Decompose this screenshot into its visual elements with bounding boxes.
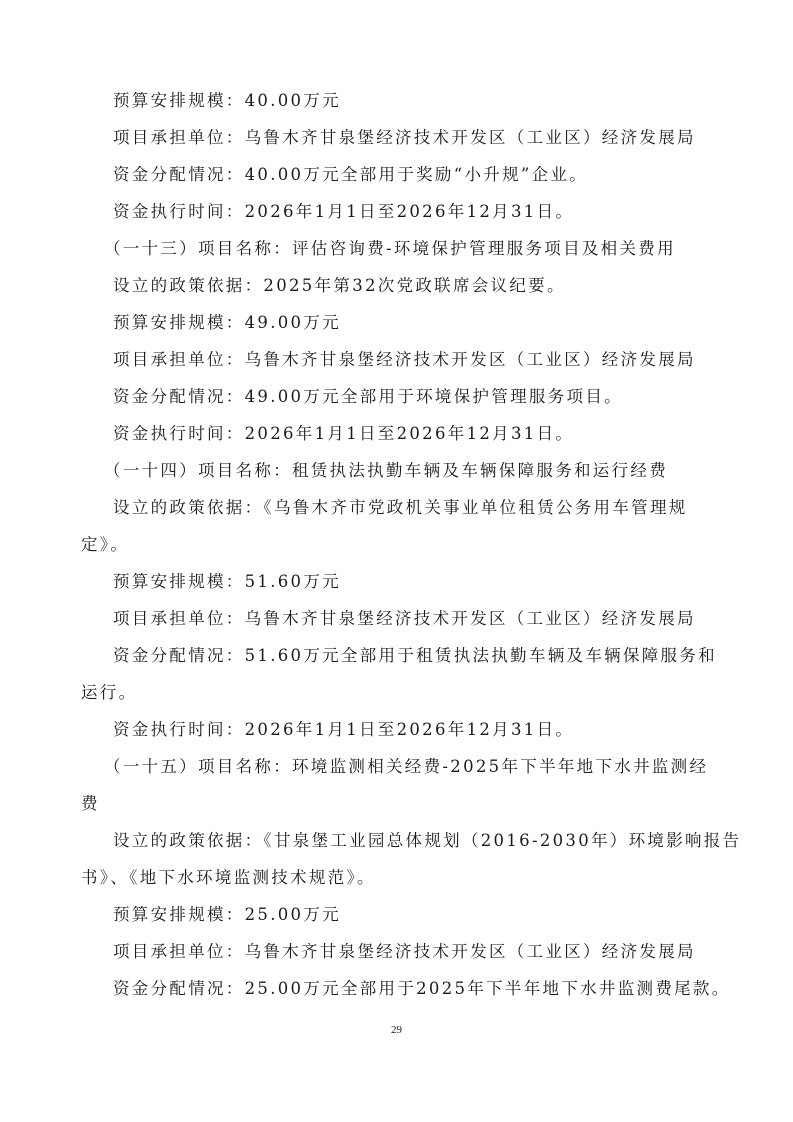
policy-basis-continuation: 定》。 [0,535,793,555]
budget-scale-line: 预算安排规模：25.00万元 [0,905,793,925]
section-heading-14: （一十四）项目名称：租赁执法执勤车辆及车辆保障服务和运行经费 [0,461,793,481]
responsible-unit-line: 项目承担单位：乌鲁木齐甘泉堡经济技术开发区（工业区）经济发展局 [0,128,793,148]
fund-allocation-line: 资金分配情况：49.00万元全部用于环境保护管理服务项目。 [0,387,793,407]
execution-time-line: 资金执行时间：2026年1月1日至2026年12月31日。 [0,424,793,444]
document-page: 预算安排规模：40.00万元 项目承担单位：乌鲁木齐甘泉堡经济技术开发区（工业区… [0,0,793,1122]
section-heading-continuation: 费 [0,794,793,814]
responsible-unit-line: 项目承担单位：乌鲁木齐甘泉堡经济技术开发区（工业区）经济发展局 [0,609,793,629]
budget-scale-line: 预算安排规模：40.00万元 [0,91,793,111]
policy-basis-line: 设立的政策依据：2025年第32次党政联席会议纪要。 [0,276,793,296]
policy-basis-continuation: 书》、《地下水环境监测技术规范》。 [0,868,793,888]
section-heading-13: （一十三）项目名称：评估咨询费-环境保护管理服务项目及相关费用 [0,239,793,259]
execution-time-line: 资金执行时间：2026年1月1日至2026年12月31日。 [0,202,793,222]
fund-allocation-line: 资金分配情况：51.60万元全部用于租赁执法执勤车辆及车辆保障服务和 [0,646,793,666]
section-heading-15: （一十五）项目名称：环境监测相关经费-2025年下半年地下水井监测经 [0,757,793,777]
responsible-unit-line: 项目承担单位：乌鲁木齐甘泉堡经济技术开发区（工业区）经济发展局 [0,350,793,370]
budget-scale-line: 预算安排规模：49.00万元 [0,313,793,333]
execution-time-line: 资金执行时间：2026年1月1日至2026年12月31日。 [0,720,793,740]
budget-scale-line: 预算安排规模：51.60万元 [0,572,793,592]
policy-basis-line: 设立的政策依据：《乌鲁木齐市党政机关事业单位租赁公务用车管理规 [0,498,793,518]
fund-allocation-continuation: 运行。 [0,683,793,703]
fund-allocation-line: 资金分配情况：25.00万元全部用于2025年下半年地下水井监测费尾款。 [0,979,793,999]
fund-allocation-line: 资金分配情况：40.00万元全部用于奖励“小升规”企业。 [0,165,793,185]
page-number: 29 [0,1024,793,1036]
policy-basis-line: 设立的政策依据：《甘泉堡工业园总体规划（2016-2030年）环境影响报告 [0,831,793,851]
responsible-unit-line: 项目承担单位：乌鲁木齐甘泉堡经济技术开发区（工业区）经济发展局 [0,942,793,962]
